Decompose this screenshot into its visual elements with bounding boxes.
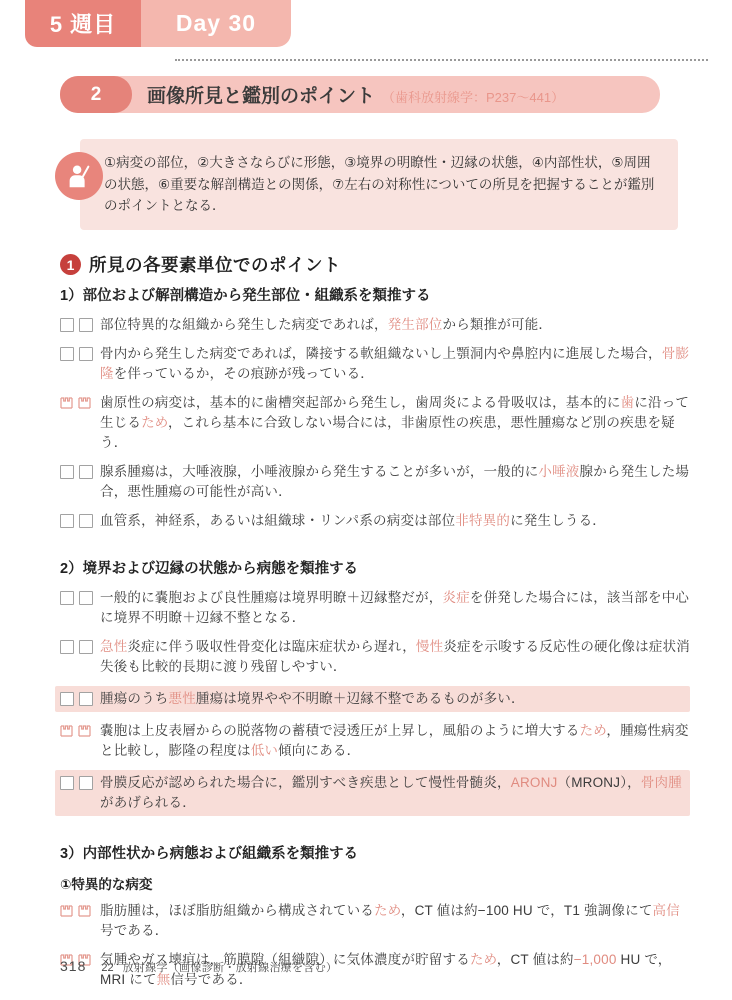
item-text: 骨膜反応が認められた場合に，鑑別すべき疾患として慢性骨髄炎，ARONJ（MRON… [100, 773, 686, 813]
checklist-item: 嚢胞は上皮表層からの脱落物の蓄積で浸透圧が上昇し，風船のように増大するため，腫瘍… [60, 721, 690, 761]
checkbox-pair [60, 462, 100, 502]
crown-checkbox-pair [60, 901, 100, 941]
week-tab: 5 週目 [25, 0, 141, 47]
crown-checkbox-icon[interactable] [78, 904, 91, 941]
checkbox-pair [60, 689, 100, 709]
checkbox-icon[interactable] [60, 465, 74, 479]
checkbox-icon[interactable] [60, 347, 74, 361]
checklist-item: 脂肪腫は，ほぼ脂肪組織から構成されているため，CT 値は約−100 HU で，T… [60, 901, 690, 941]
checkbox-icon[interactable] [79, 465, 93, 479]
crown-checkbox-icon[interactable] [60, 724, 73, 761]
week-day-banner: 5 週目 Day 30 [25, 0, 291, 47]
item-text: 腫瘍のうち悪性腫瘍は境界やや不明瞭＋辺縁不整であるものが多い． [100, 689, 686, 709]
subsection-heading: 2）境界および辺縁の状態から病態を類推する [60, 557, 690, 578]
item-text: 嚢胞は上皮表層からの脱落物の蓄積で浸透圧が上昇し，風船のように増大するため，腫瘍… [100, 721, 690, 761]
checklist-item-highlighted: 腫瘍のうち悪性腫瘍は境界やや不明瞭＋辺縁不整であるものが多い． [55, 686, 690, 712]
checkbox-icon[interactable] [60, 318, 74, 332]
checkbox-icon[interactable] [60, 776, 74, 790]
checklist-item: 血管系，神経系，あるいは組織球・リンパ系の病変は部位非特異的に発生しうる． [60, 511, 690, 531]
crown-checkbox-icon[interactable] [60, 904, 73, 941]
item-text: 脂肪腫は，ほぼ脂肪組織から構成されているため，CT 値は約−100 HU で，T… [100, 901, 690, 941]
checklist-item-highlighted: 骨膜反応が認められた場合に，鑑別すべき疾患として慢性骨髄炎，ARONJ（MRON… [55, 770, 690, 816]
intro-box: ①病変の部位，②大きさならびに形態，③境界の明瞭性・辺縁の状態，④内部性状，⑤周… [80, 139, 678, 230]
item-text: 骨内から発生した病変であれば，隣接する軟組織ないし上顎洞内や鼻腔内に進展した場合… [100, 344, 690, 384]
checkbox-icon[interactable] [60, 514, 74, 528]
checkbox-icon[interactable] [79, 692, 93, 706]
section-banner: 2 画像所見と鑑別のポイント （歯科放射線学：P237〜441） [60, 76, 660, 113]
checkbox-pair [60, 511, 100, 531]
checkbox-icon[interactable] [60, 591, 74, 605]
presenter-icon [55, 152, 103, 200]
page-footer: 318 22 放射線学（画像診断・放射線治療を含む） [60, 958, 337, 975]
checkbox-icon[interactable] [79, 591, 93, 605]
checkbox-icon[interactable] [79, 514, 93, 528]
checklist-item: 腺系腫瘍は，大唾液腺，小唾液腺から発生することが多いが，一般的に小唾液腺から発生… [60, 462, 690, 502]
chapter-number: 22 [101, 962, 113, 974]
subsection-subheading: ①特異的な病変 [60, 873, 690, 893]
crown-checkbox-pair [60, 721, 100, 761]
checkbox-icon[interactable] [79, 776, 93, 790]
section-reference: （歯科放射線学：P237〜441） [382, 84, 564, 106]
checklist-item: 一般的に嚢胞および良性腫瘍は境界明瞭＋辺縁整だが，炎症を併発した場合には，該当部… [60, 588, 690, 628]
page-number: 318 [60, 958, 86, 974]
crown-checkbox-icon[interactable] [60, 396, 73, 453]
crown-checkbox-pair [60, 393, 100, 453]
checklist-item: 急性炎症に伴う吸収性骨変化は臨床症状から遅れ，慢性炎症を示唆する反応性の硬化像は… [60, 637, 690, 677]
checkbox-pair [60, 773, 100, 813]
item-text: 急性炎症に伴う吸収性骨変化は臨床症状から遅れ，慢性炎症を示唆する反応性の硬化像は… [100, 637, 690, 677]
item-text: 一般的に嚢胞および良性腫瘍は境界明瞭＋辺縁整だが，炎症を併発した場合には，該当部… [100, 588, 690, 628]
checkbox-icon[interactable] [79, 640, 93, 654]
crown-checkbox-icon[interactable] [78, 396, 91, 453]
checklist-item: 歯原性の病変は，基本的に歯槽突起部から発生し，歯周炎による骨吸収は，基本的に歯に… [60, 393, 690, 453]
checkbox-pair [60, 344, 100, 384]
checklist-item: 骨内から発生した病変であれば，隣接する軟組織ないし上顎洞内や鼻腔内に進展した場合… [60, 344, 690, 384]
subsection-heading: 3）内部性状から病態および組織系を類推する [60, 842, 690, 863]
item-text: 部位特異的な組織から発生した病変であれば，発生部位から類推が可能． [100, 315, 690, 335]
checkbox-pair [60, 315, 100, 335]
crown-checkbox-icon[interactable] [78, 724, 91, 761]
item-text: 歯原性の病変は，基本的に歯槽突起部から発生し，歯周炎による骨吸収は，基本的に歯に… [100, 393, 690, 453]
checkbox-icon[interactable] [60, 640, 74, 654]
checkbox-pair [60, 637, 100, 677]
subsection: 1）部位および解剖構造から発生部位・組織系を類推する部位特異的な組織から発生した… [60, 284, 690, 531]
item-text: 血管系，神経系，あるいは組織球・リンパ系の病変は部位非特異的に発生しうる． [100, 511, 690, 531]
subsection: 2）境界および辺縁の状態から病態を類推する一般的に嚢胞および良性腫瘍は境界明瞭＋… [60, 557, 690, 816]
chapter-title: 放射線学（画像診断・放射線治療を含む） [123, 959, 338, 975]
checkbox-pair [60, 588, 100, 628]
section-number-badge: 2 [60, 76, 132, 113]
checkbox-icon[interactable] [79, 318, 93, 332]
subsections: 1）部位および解剖構造から発生部位・組織系を類推する部位特異的な組織から発生した… [60, 268, 690, 999]
checkbox-icon[interactable] [79, 347, 93, 361]
item-text: 腺系腫瘍は，大唾液腺，小唾液腺から発生することが多いが，一般的に小唾液腺から発生… [100, 462, 690, 502]
day-tab: Day 30 [141, 0, 291, 47]
subsection-heading: 1）部位および解剖構造から発生部位・組織系を類推する [60, 284, 690, 305]
section-title: 画像所見と鑑別のポイント [147, 81, 375, 108]
intro-text: ①病変の部位，②大きさならびに形態，③境界の明瞭性・辺縁の状態，④内部性状，⑤周… [104, 155, 654, 213]
checklist-item: 部位特異的な組織から発生した病変であれば，発生部位から類推が可能． [60, 315, 690, 335]
checkbox-icon[interactable] [60, 692, 74, 706]
dotted-divider [175, 59, 708, 61]
